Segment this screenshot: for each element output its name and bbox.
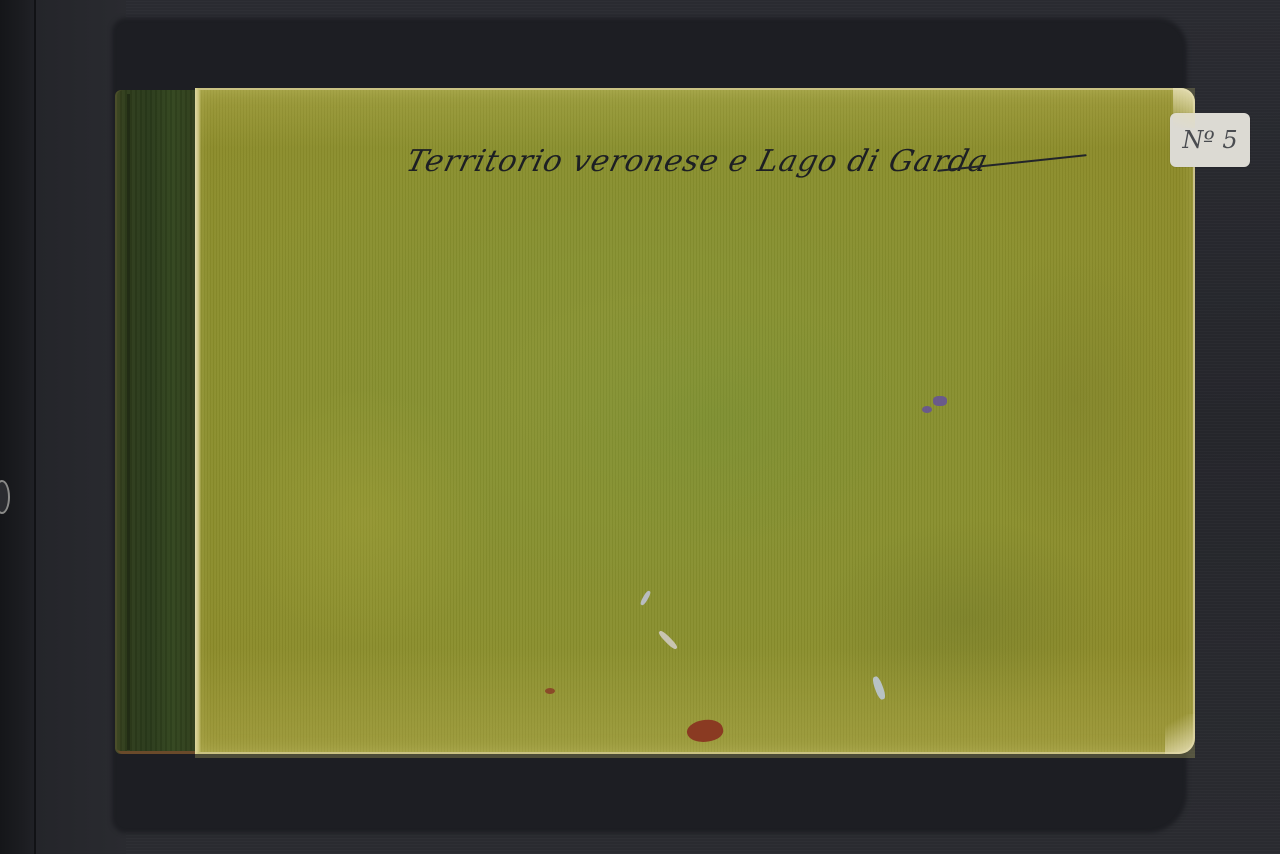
spine-fold <box>127 94 130 750</box>
notebook-spine <box>115 90 198 754</box>
notebook: Territorio veronese e Lago di Garda Nº 5 <box>115 88 1197 756</box>
purple-stain <box>933 396 947 406</box>
photo-stage: Territorio veronese e Lago di Garda Nº 5 <box>0 0 1280 854</box>
cover-mottle <box>975 248 1175 548</box>
handwritten-title: Territorio veronese e Lago di Garda <box>403 144 992 179</box>
white-scuff <box>657 629 678 650</box>
cover-wear-top <box>195 88 1195 148</box>
cover-mottle <box>235 388 495 648</box>
white-scuff <box>639 590 651 606</box>
cover-wear-bottom <box>195 648 1195 758</box>
volume-number: Nº 5 <box>1182 126 1237 154</box>
cover-mottle <box>525 288 905 548</box>
red-stain <box>685 716 725 745</box>
purple-stain <box>922 406 932 413</box>
cover-mottle <box>815 518 1115 718</box>
cover-left-edge <box>195 88 201 754</box>
binder-ring-icon <box>0 480 10 514</box>
red-stain <box>545 688 555 694</box>
corner-wear-top <box>1173 88 1195 128</box>
notebook-cover: Territorio veronese e Lago di Garda Nº 5 <box>195 88 1195 754</box>
binder-strip <box>0 0 34 854</box>
corner-wear-bottom <box>1165 714 1195 754</box>
white-scuff <box>871 675 887 700</box>
